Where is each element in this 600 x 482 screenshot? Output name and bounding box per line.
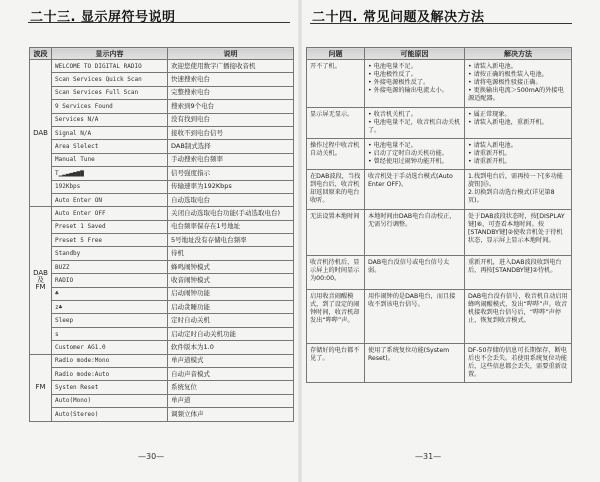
table-row: s启动定时自动关机功能: [30, 327, 294, 340]
table-row: Standby待机: [30, 247, 294, 260]
description-cell: 单声道: [168, 394, 294, 407]
description-cell: 启动定时自动关机功能: [168, 327, 294, 340]
display-text-cell: Radio mode:Auto: [52, 367, 168, 380]
table-row: 启用收音闹醒模式，到了设定的闹钟时间，收音机却发出“哔哔”声。用作闹钟的是DAB…: [307, 290, 572, 344]
table-row: Scan Services Quick Scan快速搜索电台: [30, 73, 294, 86]
display-text-cell: Sleep: [52, 314, 168, 327]
display-text-cell: Auto Enter OFF: [52, 207, 168, 220]
solution-cell: 请装入新电池。请按正确的极性装入电池。请将电源极性驳接正确。更换输出电流＞500…: [465, 60, 572, 108]
description-cell: 关闭自动选取电台功能(手动选取电台): [168, 207, 294, 220]
list-item: 收音机关机了。: [368, 111, 461, 119]
description-cell: 自动选取电台: [168, 193, 294, 206]
display-symbols-table: 波段 显示内容 说明 DABWELCOME TO DIGITAL RADIO欢迎…: [29, 47, 294, 422]
display-text-cell: Standby: [52, 247, 168, 260]
description-cell: 手动搜索电台频率: [168, 153, 294, 166]
display-text-cell: Systen Reset: [52, 381, 168, 394]
description-cell: 搜索到9个电台: [168, 100, 294, 113]
list-item: 电池电量不足。: [368, 142, 461, 150]
description-cell: 5号地址没有存储电台频率: [168, 234, 294, 247]
table-row: ♣启动闹钟功能: [30, 287, 294, 300]
table-row: DAB 及 FMAuto Enter OFF关闭自动选取电台功能(手动选取电台): [30, 207, 294, 220]
header-band: 波段: [30, 48, 52, 60]
list-item: 请重新开机。: [468, 158, 568, 166]
header-display: 显示内容: [52, 48, 168, 60]
display-text-cell: Scan Services Quick Scan: [52, 73, 168, 86]
description-cell: 接收不到电台信号: [168, 126, 294, 139]
table-row: Scan Services Full Scan完整搜索电台: [30, 86, 294, 99]
description-cell: 系统复位: [168, 381, 294, 394]
problem-cell: 启用收音闹醒模式，到了设定的闹钟时间，收音机却发出“哔哔”声。: [307, 290, 365, 344]
description-cell: 没有找到电台: [168, 113, 294, 126]
list-item: 电池极性反了。: [368, 71, 461, 79]
cause-cell: 本地时间由DAB电台自动校正，无需另行调整。: [365, 210, 465, 256]
list-item: 外接电源的输出电流太小。: [368, 87, 461, 95]
solution-cell: 属正常现象。请装入新电池，重新开机。: [465, 108, 572, 139]
list-item: 请按正确的极性装入电池。: [468, 71, 568, 79]
table-row: Auto Enter ON自动选取电台: [30, 193, 294, 206]
title-underline: [310, 23, 572, 24]
cause-cell: 用作闹钟的是DAB电台，而且接收不到该电台信号。: [365, 290, 465, 344]
page-number: —30—: [138, 452, 164, 461]
problem-cell: 在DAB波段，当找到电台后，收音机却返回原来的电台收听。: [307, 170, 365, 210]
table-row: 存储好的电台都不见了。使用了系统复位功能(System Reset)。DF-50…: [307, 344, 572, 383]
page-number: —31—: [415, 452, 441, 461]
description-cell: 快速搜索电台: [168, 73, 294, 86]
band-cell: FM: [30, 354, 52, 421]
cause-cell: DAB电台没信号或电台信号太弱。: [365, 256, 465, 290]
display-text-cell: Preset 5 Free: [52, 234, 168, 247]
solution-cell: DF-50存储的信息可长期保存，断电后也不会丢失。若使用系统复位功能后，这些信息…: [465, 344, 572, 383]
description-cell: 完整搜索电台: [168, 86, 294, 99]
display-text-cell: s: [52, 327, 168, 340]
display-text-cell: 192Kbps: [52, 180, 168, 193]
table-row: Services N/A没有找到电台: [30, 113, 294, 126]
list-item: 请装入新电池，重新开机。: [468, 119, 568, 127]
table-row: Radio mode:Auto自动声音模式: [30, 367, 294, 380]
display-text-cell: BUZZ: [52, 260, 168, 273]
list-item: 更换输出电流＞500mA的外接电源适配器。: [468, 87, 568, 103]
table-row: 收音机待机后，显示屏上的时间显示为00:00。DAB电台没信号或电台信号太弱。重…: [307, 256, 572, 290]
table-row: Sleep定时自动关机: [30, 314, 294, 327]
solution-cell: DAB电台没有信号，收音机自动启用蜂鸣闹醒模式，发出“哔哔”声。收音机接收到电台…: [465, 290, 572, 344]
table-row: Manual Tune手动搜索电台频率: [30, 153, 294, 166]
table-row: Area SlelectDAB制式选择: [30, 140, 294, 153]
cause-cell: 电池电量不足。电池极性反了。外接电源极性反了。外接电源的输出电流太小。: [365, 60, 465, 108]
table-row: DABWELCOME TO DIGITAL RADIO欢迎您使用数字广播接收音机: [30, 60, 294, 73]
problem-cell: 无法设置本地时间: [307, 210, 365, 256]
table-row: 操作过程中收音机自动关机。电池电量不足。启动了定时自动关机功能。曾经使用过闹钟功…: [307, 139, 572, 170]
description-cell: 定时自动关机: [168, 314, 294, 327]
header-cause: 可能原因: [365, 48, 465, 60]
display-text-cell: WELCOME TO DIGITAL RADIO: [52, 60, 168, 73]
solution-cell: 重新开机，进入DAB波段收到电台后，再按[STANDBY键]②待机。: [465, 256, 572, 290]
solution-step: 1.找到电台后，需再按一下[多功能旋钮]⑮。: [468, 173, 568, 189]
troubleshooting-table: 问题 可能原因 解决方法 开不了机。电池电量不足。电池极性反了。外接电源极性反了…: [306, 47, 572, 383]
list-item: 请装入新电池。: [468, 63, 568, 71]
list-item: 请将电源极性驳接正确。: [468, 79, 568, 87]
header-desc: 说明: [168, 48, 294, 60]
solution-cell: 1.找到电台后，需再按一下[多功能旋钮]⑮。2.切换到自动选台模式(详见第8页)…: [465, 170, 572, 210]
solution-cell: 处于DAB波段状态时，按[DISPLAY键]⑥，可查看本地时间。按[STANDB…: [465, 210, 572, 256]
display-text-cell: Auto(Stereo): [52, 408, 168, 421]
list-item: 请重新开机。: [468, 150, 568, 158]
table-row: FMRadio mode:Mono单声道模式: [30, 354, 294, 367]
table-row: RADIO收音闹钟模式: [30, 274, 294, 287]
table-row: z♣启动贪睡功能: [30, 301, 294, 314]
list-item: 电池电量不足。: [368, 63, 461, 71]
table-row: 无法设置本地时间本地时间由DAB电台自动校正，无需另行调整。处于DAB波段状态时…: [307, 210, 572, 256]
table-row: Preset 5 Free5号地址没有存储电台频率: [30, 234, 294, 247]
display-text-cell: ♣: [52, 287, 168, 300]
display-text-cell: z♣: [52, 301, 168, 314]
table-header-row: 问题 可能原因 解决方法: [307, 48, 572, 60]
list-item: 属正常现象。: [468, 111, 568, 119]
problem-cell: 存储好的电台都不见了。: [307, 344, 365, 383]
list-item: 请装入新电池。: [468, 142, 568, 150]
problem-cell: 开不了机。: [307, 60, 365, 108]
title-underline: [28, 22, 290, 23]
description-cell: 欢迎您使用数字广播接收音机: [168, 60, 294, 73]
description-cell: 软件版本为1.0: [168, 341, 294, 354]
list-item: 启动了定时自动关机功能。: [368, 150, 461, 158]
description-cell: 自动声音模式: [168, 367, 294, 380]
problem-cell: 显示屏无显示。: [307, 108, 365, 139]
description-cell: 待机: [168, 247, 294, 260]
description-cell: DAB制式选择: [168, 140, 294, 153]
display-text-cell: 9 Services Found: [52, 100, 168, 113]
table-row: 显示屏无显示。收音机关机了。电池电量不足，收音机自动关机了。属正常现象。请装入新…: [307, 108, 572, 139]
description-cell: 电台频率保存在1号地址: [168, 220, 294, 233]
table-row: Auto(Mono)单声道: [30, 394, 294, 407]
problem-cell: 收音机待机后，显示屏上的时间显示为00:00。: [307, 256, 365, 290]
page-31: 二十四. 常见问题及解决方法 问题 可能原因 解决方法 开不了机。电池电量不足。…: [300, 0, 600, 482]
description-cell: 启动闹钟功能: [168, 287, 294, 300]
display-text-cell: Signal N/A: [52, 126, 168, 139]
table-row: T▁▂▃▄▅▆▇信号强度指示: [30, 167, 294, 180]
list-item: 电池电量不足，收音机自动关机了。: [368, 119, 461, 135]
display-text-cell: Scan Services Full Scan: [52, 86, 168, 99]
display-text-cell: Auto(Mono): [52, 394, 168, 407]
cause-cell: 使用了系统复位功能(System Reset)。: [365, 344, 465, 383]
description-cell: 信号强度指示: [168, 167, 294, 180]
table-header-row: 波段 显示内容 说明: [30, 48, 294, 60]
display-text-cell: Radio mode:Mono: [52, 354, 168, 367]
display-text-cell: Manual Tune: [52, 153, 168, 166]
cause-cell: 收音机处于手动选台模式(Auto Enter OFF)。: [365, 170, 465, 210]
table-row: Preset 1 Saved电台频率保存在1号地址: [30, 220, 294, 233]
description-cell: 蜂鸣闹钟模式: [168, 260, 294, 273]
list-item: 外接电源极性反了。: [368, 79, 461, 87]
solution-step: 2.切换到自动选台模式(详见第8页)。: [468, 189, 568, 205]
description-cell: 传输速率为192Kbps: [168, 180, 294, 193]
cause-cell: 电池电量不足。启动了定时自动关机功能。曾经使用过闹钟功能开机。: [365, 139, 465, 170]
display-text-cell: RADIO: [52, 274, 168, 287]
description-cell: 收音闹钟模式: [168, 274, 294, 287]
table-row: Customer AG1.0软件版本为1.0: [30, 341, 294, 354]
solution-cell: 请装入新电池。请重新开机。请重新开机。: [465, 139, 572, 170]
band-cell: DAB: [30, 60, 52, 207]
table-row: Auto(Stereo)调频立体声: [30, 408, 294, 421]
table-row: Systen Reset系统复位: [30, 381, 294, 394]
table-row: Signal N/A接收不到电台信号: [30, 126, 294, 139]
list-item: 曾经使用过闹钟功能开机。: [368, 158, 461, 166]
display-text-cell: Area Slelect: [52, 140, 168, 153]
page-30: 二十三. 显示屏符号说明 波段 显示内容 说明 DABWELCOME TO DI…: [0, 0, 300, 482]
display-text-cell: Auto Enter ON: [52, 193, 168, 206]
display-text-cell: Preset 1 Saved: [52, 220, 168, 233]
header-solution: 解决方法: [465, 48, 572, 60]
table-row: 9 Services Found搜索到9个电台: [30, 100, 294, 113]
display-text-cell: Services N/A: [52, 113, 168, 126]
display-text-cell: T▁▂▃▄▅▆▇: [52, 167, 168, 180]
problem-cell: 操作过程中收音机自动关机。: [307, 139, 365, 170]
description-cell: 调频立体声: [168, 408, 294, 421]
header-problem: 问题: [307, 48, 365, 60]
display-text-cell: Customer AG1.0: [52, 341, 168, 354]
table-row: 开不了机。电池电量不足。电池极性反了。外接电源极性反了。外接电源的输出电流太小。…: [307, 60, 572, 108]
cause-cell: 收音机关机了。电池电量不足，收音机自动关机了。: [365, 108, 465, 139]
description-cell: 启动贪睡功能: [168, 301, 294, 314]
table-row: 在DAB波段，当找到电台后，收音机却返回原来的电台收听。收音机处于手动选台模式(…: [307, 170, 572, 210]
table-row: 192Kbps传输速率为192Kbps: [30, 180, 294, 193]
band-cell: DAB 及 FM: [30, 207, 52, 354]
description-cell: 单声道模式: [168, 354, 294, 367]
table-row: BUZZ蜂鸣闹钟模式: [30, 260, 294, 273]
